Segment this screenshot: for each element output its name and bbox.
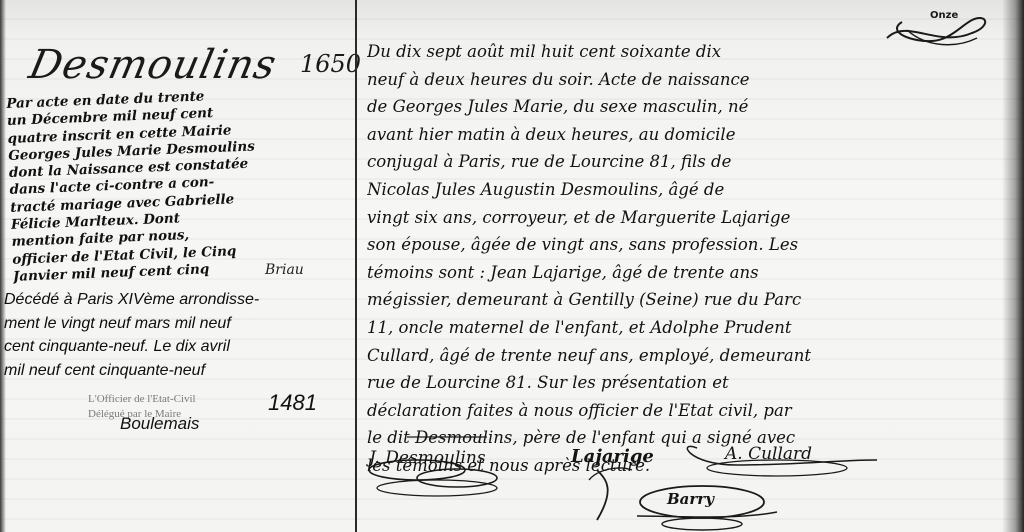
death-line: mil neuf cent cinquante-neuf <box>4 359 349 383</box>
mention-signature: Briau <box>265 262 304 278</box>
signature-witness-2: A. Cullard <box>725 444 812 464</box>
signature-father: J. Desmoulins <box>369 448 486 468</box>
death-line: Décédé à Paris XIVème arrondisse- <box>4 288 349 312</box>
official-signature: Boulemais <box>120 414 199 434</box>
marriage-mention: Par acte en date du trente un Décembre m… <box>6 83 358 286</box>
margin-column: Desmoulins 1650 Par acte en date du tren… <box>0 0 355 532</box>
act-number: 1650 <box>300 50 361 78</box>
signature-witness-1: Lajarige <box>571 446 654 467</box>
main-column: Onze Du dix sept août mil huit cent soix… <box>357 0 1024 532</box>
death-act-number: 1481 <box>268 390 317 416</box>
stamp-line: L'Officier de l'Etat-Civil <box>88 392 196 407</box>
death-line: ment le vingt neuf mars mil neuf <box>4 312 349 336</box>
death-mention: Décédé à Paris XIVème arrondisse- ment l… <box>4 288 349 382</box>
death-line: cent cinquante-neuf. Le dix avril <box>4 335 349 359</box>
page-right-edge-shadow <box>1002 0 1024 532</box>
signature-officer: Barry <box>667 490 714 508</box>
register-page: Desmoulins 1650 Par acte en date du tren… <box>0 0 1024 532</box>
margin-surname: Desmoulins <box>25 42 281 88</box>
